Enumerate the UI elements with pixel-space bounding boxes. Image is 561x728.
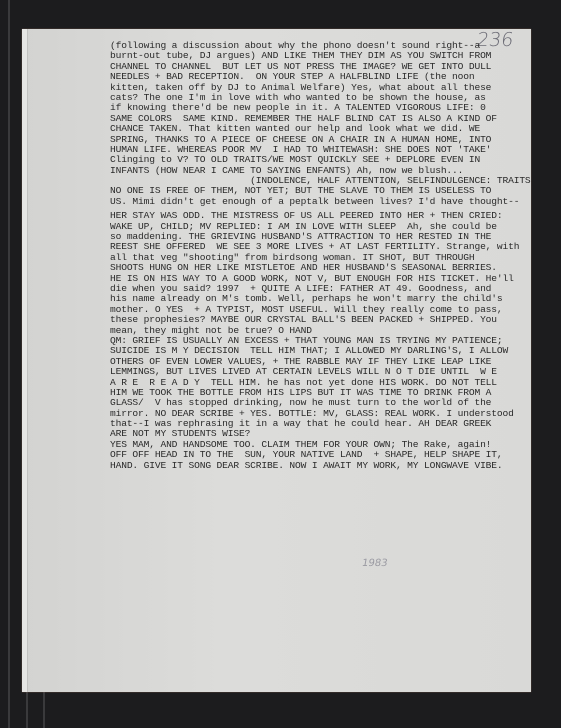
backdrop-stripe	[26, 692, 28, 728]
text-line: US. Mimi didn't get enough of a peptalk …	[110, 197, 530, 207]
text-line: NEEDLES + BAD RECEPTION. ON YOUR STEP A …	[110, 72, 530, 82]
paragraph: (following a discussion about why the ph…	[110, 41, 530, 207]
typescript-body: (following a discussion about why the ph…	[110, 41, 530, 471]
text-line: CHANCE TAKEN. That kitten wanted our hel…	[110, 124, 530, 134]
text-line: HAND. GIVE IT SONG DEAR SCRIBE. NOW I AW…	[110, 461, 530, 471]
paragraph: HER STAY WAS ODD. THE MISTRESS OF US ALL…	[110, 211, 530, 471]
backdrop-stripe	[43, 692, 45, 728]
page-edge	[22, 29, 28, 692]
text-line: LEMMINGS, BUT LIVES LIVED AT CERTAIN LEV…	[110, 367, 530, 377]
backdrop-stripe	[8, 0, 10, 728]
typescript-page: 236 (following a discussion about why th…	[22, 29, 531, 692]
text-line: these prophesies? MAYBE OUR CRYSTAL BALL…	[110, 315, 530, 325]
handwritten-year-annotation: 1983	[361, 558, 388, 569]
